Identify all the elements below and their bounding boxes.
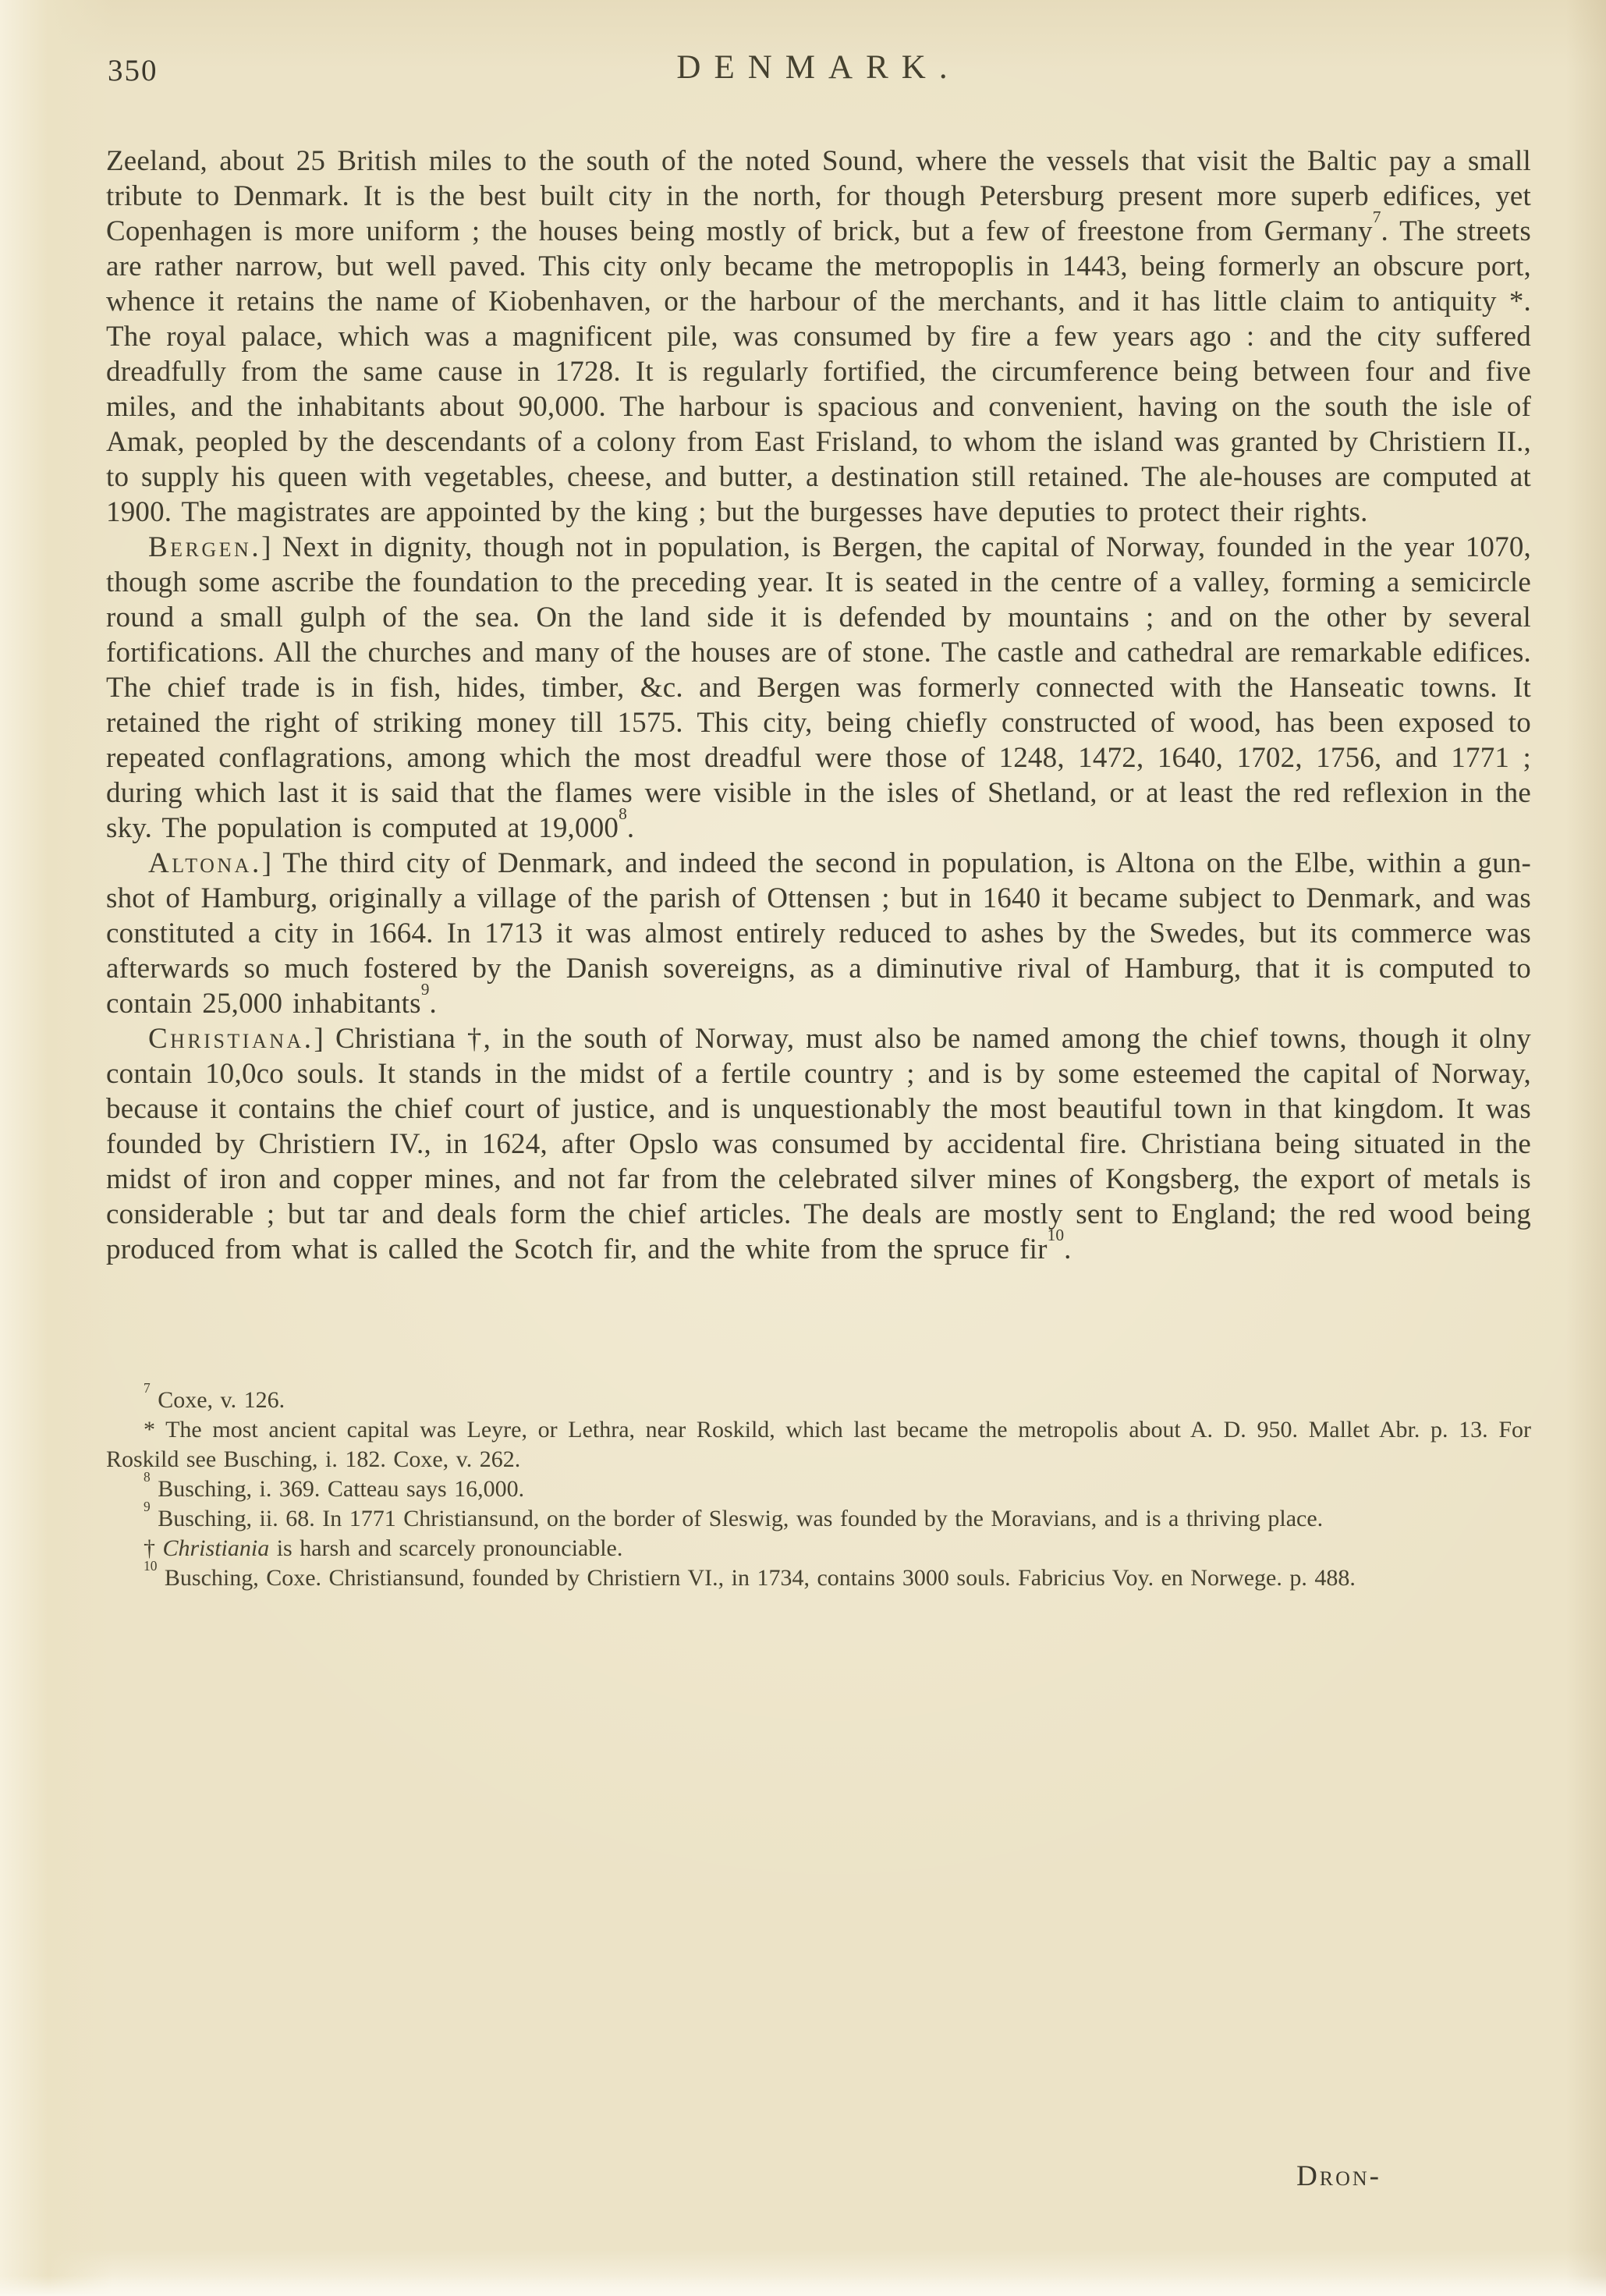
footnote-3: 8 Busching, i. 369. Catteau says 16,000. [106,1474,1531,1504]
footnote-4: 9 Busching, ii. 68. In 1771 Christiansun… [106,1504,1531,1534]
footnotes: 7 Coxe, v. 126.* The most ancient capita… [106,1386,1531,1593]
footnote-1: 7 Coxe, v. 126. [106,1386,1531,1415]
text-run: . The streets are rather narrow, but wel… [106,215,1531,528]
footnote-reference: 7 [144,1380,151,1396]
paragraph-1: Zeeland, about 25 British miles to the s… [106,144,1531,530]
text-run: ] The third city of Denmark, and indeed … [106,847,1531,1020]
running-title: DENMARK. [106,48,1531,87]
paragraph-2: Bergen.] Next in dignity, though not in … [106,530,1531,846]
paragraph-4: Christiana.] Christiana †, in the south … [106,1021,1531,1267]
footnote-reference: 10 [144,1558,157,1574]
text-run: Zeeland, about 25 British miles to the s… [106,145,1531,247]
text-run: . [627,812,634,844]
text-run: . [429,988,436,1020]
body-text: Zeeland, about 25 British miles to the s… [106,144,1531,1267]
text-run: Busching, ii. 68. In 1771 Christiansund,… [151,1506,1323,1531]
italic-term: Christiania [163,1535,270,1561]
text-run: Coxe, v. 126. [151,1387,285,1413]
page-header: 350 DENMARK. [106,48,1531,89]
paragraph-3: Altona.] The third city of Denmark, and … [106,846,1531,1021]
text-run: ] Christiana †, in the south of Norway, … [106,1023,1531,1265]
text-run: ] Next in dignity, though not in populat… [106,531,1531,844]
text-run: . [1064,1233,1071,1265]
section-heading: Bergen. [148,531,261,563]
footnote-6: 10 Busching, Coxe. Christiansund, founde… [106,1563,1531,1593]
footnote-5: † Christiania is harsh and scarcely pron… [106,1534,1531,1563]
text-run: * The most ancient capital was Leyre, or… [106,1417,1531,1472]
footnote-reference: 8 [619,804,627,823]
footnote-reference: 9 [144,1499,151,1514]
footnote-reference: 7 [1373,208,1381,226]
catchword: Dron- [1296,2159,1381,2193]
text-run: Busching, i. 369. Catteau says 16,000. [151,1476,524,1502]
footnote-2: * The most ancient capital was Leyre, or… [106,1415,1531,1474]
text-run: Busching, Coxe. Christiansund, founded b… [157,1565,1355,1591]
section-heading: Christiana. [148,1023,314,1055]
footnote-reference: 9 [421,980,430,999]
scanned-book-page: { "page": { "number": "350", "header_tit… [0,0,1606,2296]
text-run: is harsh and scarcely pronounciable. [269,1535,622,1561]
page: 350 DENMARK. Zeeland, about 25 British m… [0,0,1606,2296]
section-heading: Altona. [148,847,262,879]
footnote-reference: 8 [144,1469,151,1485]
footnote-reference: 10 [1048,1226,1064,1244]
